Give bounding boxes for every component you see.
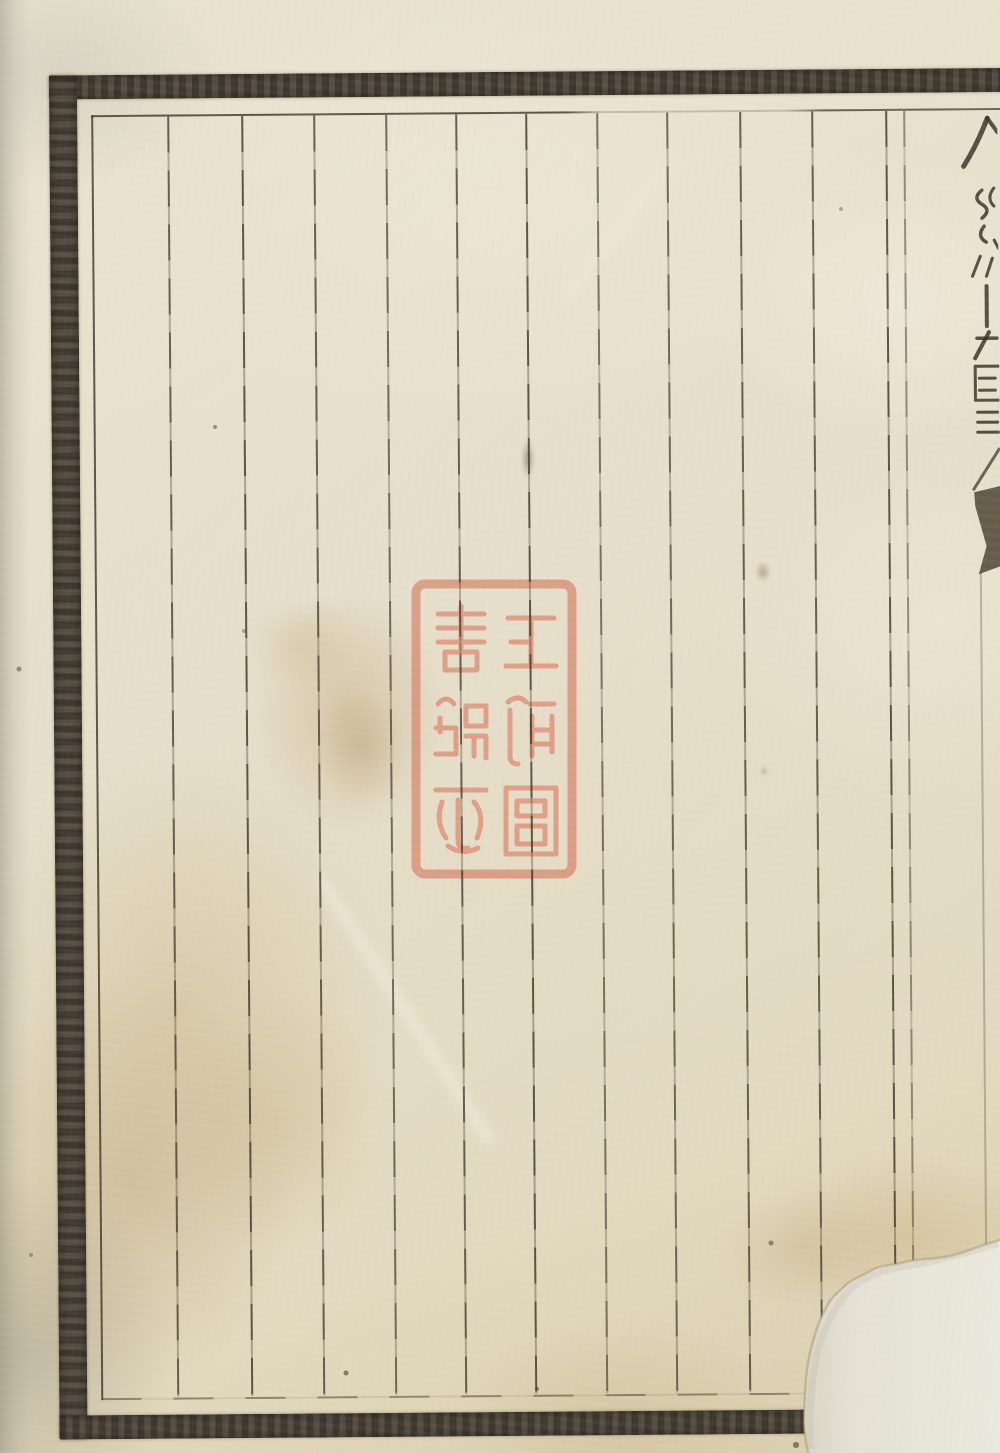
stain-spot — [758, 764, 770, 778]
stain-spot — [753, 558, 773, 586]
dust-specks — [0, 0, 2, 2]
torn-corner: bottom-right corner torn away, whiter un… — [740, 1195, 1000, 1453]
ink-smudge — [520, 432, 536, 486]
column-rule-line — [241, 116, 253, 1396]
fishtail-marker: 魚尾 (black fishtail ornament, partially v… — [944, 440, 1000, 580]
column-rule-line — [525, 114, 537, 1394]
column-rule-line — [167, 117, 179, 1397]
column-rule-line — [666, 113, 678, 1393]
inner-rule-top — [91, 108, 1000, 117]
column-rule-line — [313, 115, 325, 1395]
spine-title-fragments: □□□□譜 (partial spine-title characters, c… — [941, 100, 1000, 446]
frame-top-border — [49, 68, 1000, 100]
inner-rule-left — [91, 115, 103, 1400]
frame-left-border — [49, 75, 88, 1439]
column-rule-line — [385, 115, 397, 1395]
column-rule-line — [596, 113, 608, 1393]
column-rule-line — [455, 114, 467, 1394]
scanned-genealogy-page: Blank ruled leaf of an aged Chinese wood… — [0, 0, 1000, 1453]
